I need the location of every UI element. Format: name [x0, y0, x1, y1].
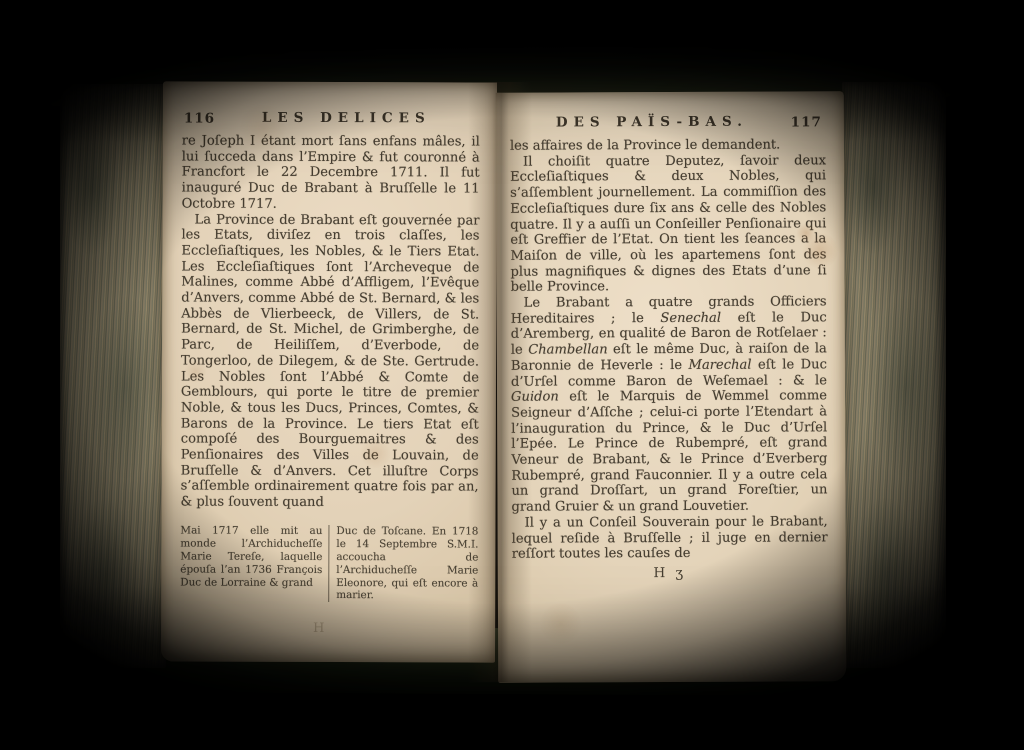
ink-bleed-mark: H [308, 621, 324, 636]
paragraph-province-brabant: La Province de Brabant eſt gouvernée par… [181, 212, 480, 511]
page-left-content: 116 LES DELICES re Joſeph I étant mort ſ… [161, 81, 497, 662]
page-left: 116 LES DELICES re Joſeph I étant mort ſ… [161, 81, 497, 662]
italic-run: Guidon [511, 390, 559, 405]
footnote: Mai 1717 elle mit au monde l’Archiducheſ… [180, 524, 478, 602]
left-page-fore-edge [60, 84, 166, 668]
page-right-content: DES PAÏS-BAS. 117 les affaires de la Pro… [496, 91, 847, 683]
right-page-fore-edge [842, 82, 946, 668]
running-title-right: DES PAÏS-BAS. [556, 114, 748, 131]
page-number-right: 117 [791, 114, 822, 130]
page-right-header: DES PAÏS-BAS. 117 [510, 113, 826, 138]
paragraph-officiers: Le Brabant a quatre grands Officiers Her… [511, 294, 828, 515]
italic-run: Chambellan [528, 342, 607, 357]
page-right: DES PAÏS-BAS. 117 les affaires de la Pro… [496, 91, 847, 683]
running-title-left: LES DELICES [262, 110, 431, 127]
italic-run: Marechal [688, 357, 751, 372]
italic-run: Senechal [660, 311, 721, 326]
paragraph-deputez: Il choiſit quatre Deputez, ſavoir deux E… [510, 153, 827, 296]
page-number-left: 116 [184, 110, 215, 126]
paragraph-affaires: les affaires de la Province le demandent… [510, 137, 826, 154]
book-photograph: 116 LES DELICES re Joſeph I étant mort ſ… [0, 0, 1024, 750]
paragraph-joseph: re Joſeph I étant mort ſans enfans mâles… [182, 133, 480, 213]
gathering-signature: H ʒ [512, 564, 828, 581]
text-run: eſt le Marquis de Wemmel comme Seigneur … [511, 389, 827, 515]
footnote-column-1: Mai 1717 elle mit au monde l’Archiducheſ… [180, 524, 328, 602]
paragraph-conseil-souverain: Il y a un Conſeil Souverain pour le Brab… [512, 514, 828, 562]
page-left-header: 116 LES DELICES [182, 109, 480, 134]
footnote-column-2: Duc de Toſcane. En 1718 le 14 Septembre … [328, 525, 478, 603]
